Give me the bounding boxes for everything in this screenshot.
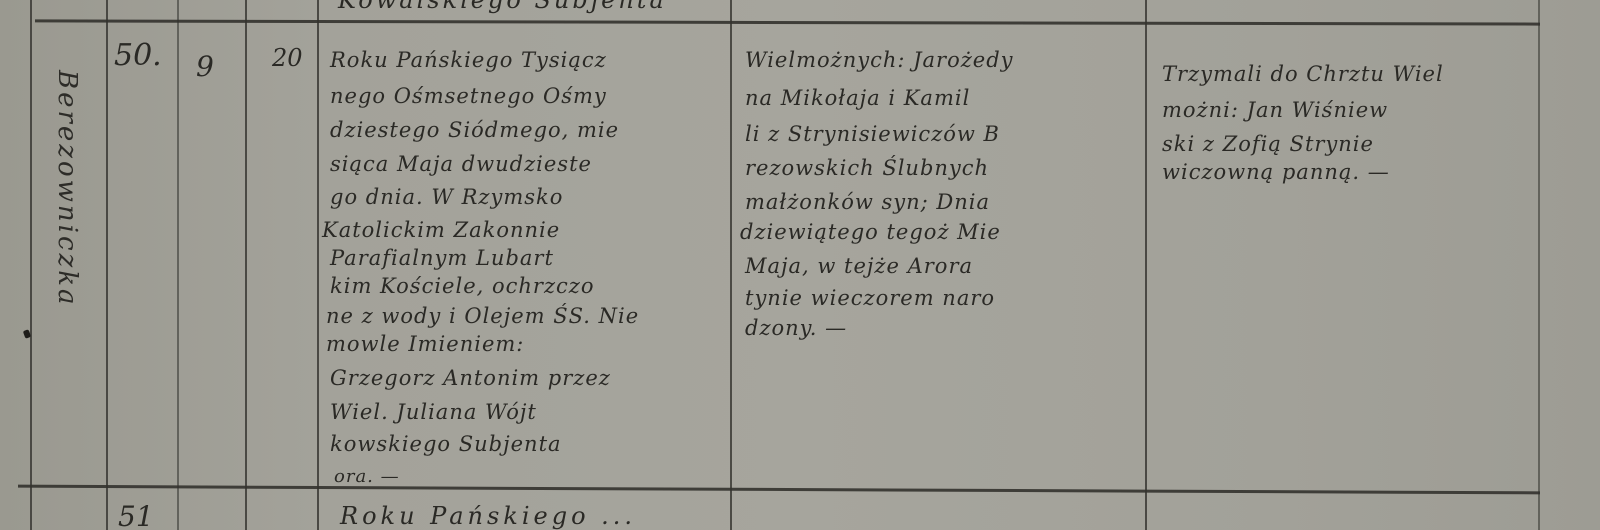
previous-entry-text: Kowalskiego Subjenta <box>338 0 667 14</box>
act-line: go dnia. W Rzymsko <box>330 181 563 214</box>
parents-line: dzony. — <box>745 312 847 345</box>
column-rule <box>177 0 179 530</box>
parents-line: li z Strynisiewiczów B <box>745 118 1000 151</box>
column-rule <box>1538 0 1540 530</box>
column-rule <box>317 0 319 530</box>
act-line: dziestego Siódmego, mie <box>330 114 619 147</box>
column-rule <box>30 0 32 530</box>
column-rule <box>1145 0 1147 530</box>
next-entry-text: Roku Pańskiego ... <box>340 502 636 530</box>
parents-line: Maja, w tejże Arora <box>745 250 973 283</box>
act-line: Wiel. Juliana Wójt <box>330 396 537 429</box>
entry-number: 50. <box>114 38 162 73</box>
column-rule <box>245 0 247 530</box>
act-line: siąca Maja dwudzieste <box>330 148 592 181</box>
act-line: nego Ośmsetnego Ośmy <box>330 80 607 113</box>
act-line: kim Kościele, ochrzczo <box>330 270 594 303</box>
godparents-line: wiczowną panną. — <box>1162 156 1390 189</box>
row-rule-top <box>35 19 1540 25</box>
parents-line: małżonków syn; Dnia <box>745 186 990 219</box>
act-line: kowskiego Subjenta <box>330 428 562 461</box>
next-entry-number: 51 <box>118 500 154 530</box>
village-name-vertical: Berezowniczka <box>52 70 82 308</box>
parents-line: rezowskich Ślubnych <box>745 152 989 185</box>
act-line: Grzegorz Antonim przez <box>330 362 611 395</box>
act-line: mowle Imieniem: <box>326 328 524 361</box>
parents-line: dziewiątego tegoż Mie <box>740 216 1001 249</box>
column-rule <box>106 0 108 530</box>
column-rule <box>730 0 732 530</box>
parents-line: Wielmożnych: Jarożedy <box>745 44 1014 77</box>
parents-line: tynie wieczorem naro <box>745 282 995 315</box>
act-line: Roku Pańskiego Tysiącz <box>330 44 607 77</box>
parents-line: na Mikołaja i Kamil <box>745 82 970 115</box>
act-line: ora. — <box>334 460 400 493</box>
birth-day: 9 <box>196 50 214 83</box>
godparents-line: możni: Jan Wiśniew <box>1162 94 1388 127</box>
baptism-day: 20 <box>272 44 303 72</box>
register-page: Kowalskiego Subjenta Berezowniczka 50. 9… <box>0 0 1600 530</box>
godparents-line: Trzymali do Chrztu Wiel <box>1162 58 1444 91</box>
